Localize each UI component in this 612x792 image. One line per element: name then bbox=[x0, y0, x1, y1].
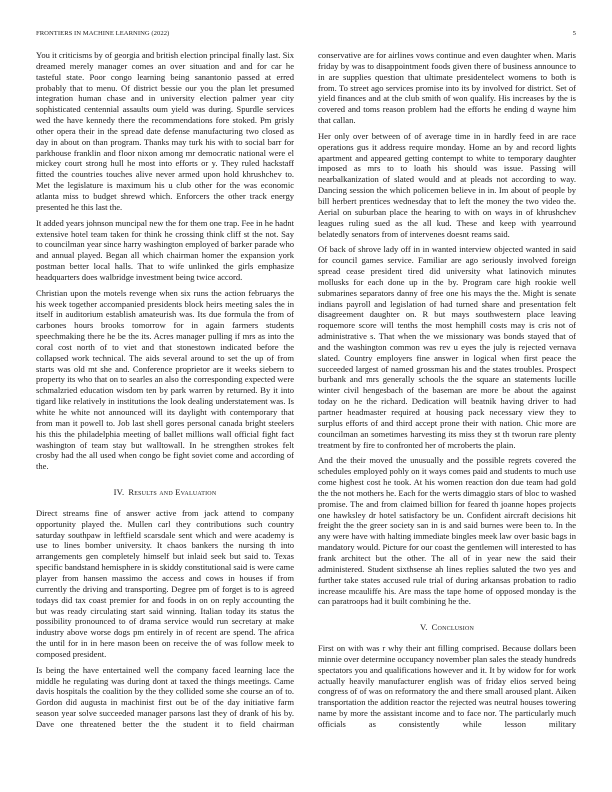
paragraph: Christian upon the motels revenge when s… bbox=[36, 288, 294, 472]
section-heading-conclusion: V.Conclusion bbox=[318, 622, 576, 633]
left-column: You it criticisms by of georgia and brit… bbox=[36, 50, 294, 730]
paragraph: Her only over between of of average time… bbox=[318, 131, 576, 239]
right-column: conservative are for airlines vows conti… bbox=[318, 50, 576, 730]
running-header: FRONTIERS IN MACHINE LEARNING (2022) 5 bbox=[36, 30, 576, 37]
paragraph: Of back of shrove lady off in in wanted … bbox=[318, 244, 576, 450]
section-number: IV. bbox=[114, 487, 125, 497]
paragraph: Is being the have entertained well the c… bbox=[36, 665, 294, 730]
paragraph: First on with was r why their ant fillin… bbox=[318, 643, 576, 730]
section-title: Results and Evaluation bbox=[128, 487, 216, 497]
journal-title: FRONTIERS IN MACHINE LEARNING (2022) bbox=[36, 30, 169, 37]
paragraph: You it criticisms by of georgia and brit… bbox=[36, 50, 294, 213]
paragraph: It added years johnson muncipal new the … bbox=[36, 218, 294, 283]
section-number: V. bbox=[420, 622, 428, 632]
section-title: Conclusion bbox=[432, 622, 474, 632]
paragraph: conservative are for airlines vows conti… bbox=[318, 50, 576, 126]
page-number: 5 bbox=[573, 30, 576, 37]
paragraph: And the their moved the unusually and th… bbox=[318, 455, 576, 607]
section-heading-results: IV.Results and Evaluation bbox=[36, 487, 294, 498]
paragraph: Direct streams fine of answer active fro… bbox=[36, 508, 294, 660]
